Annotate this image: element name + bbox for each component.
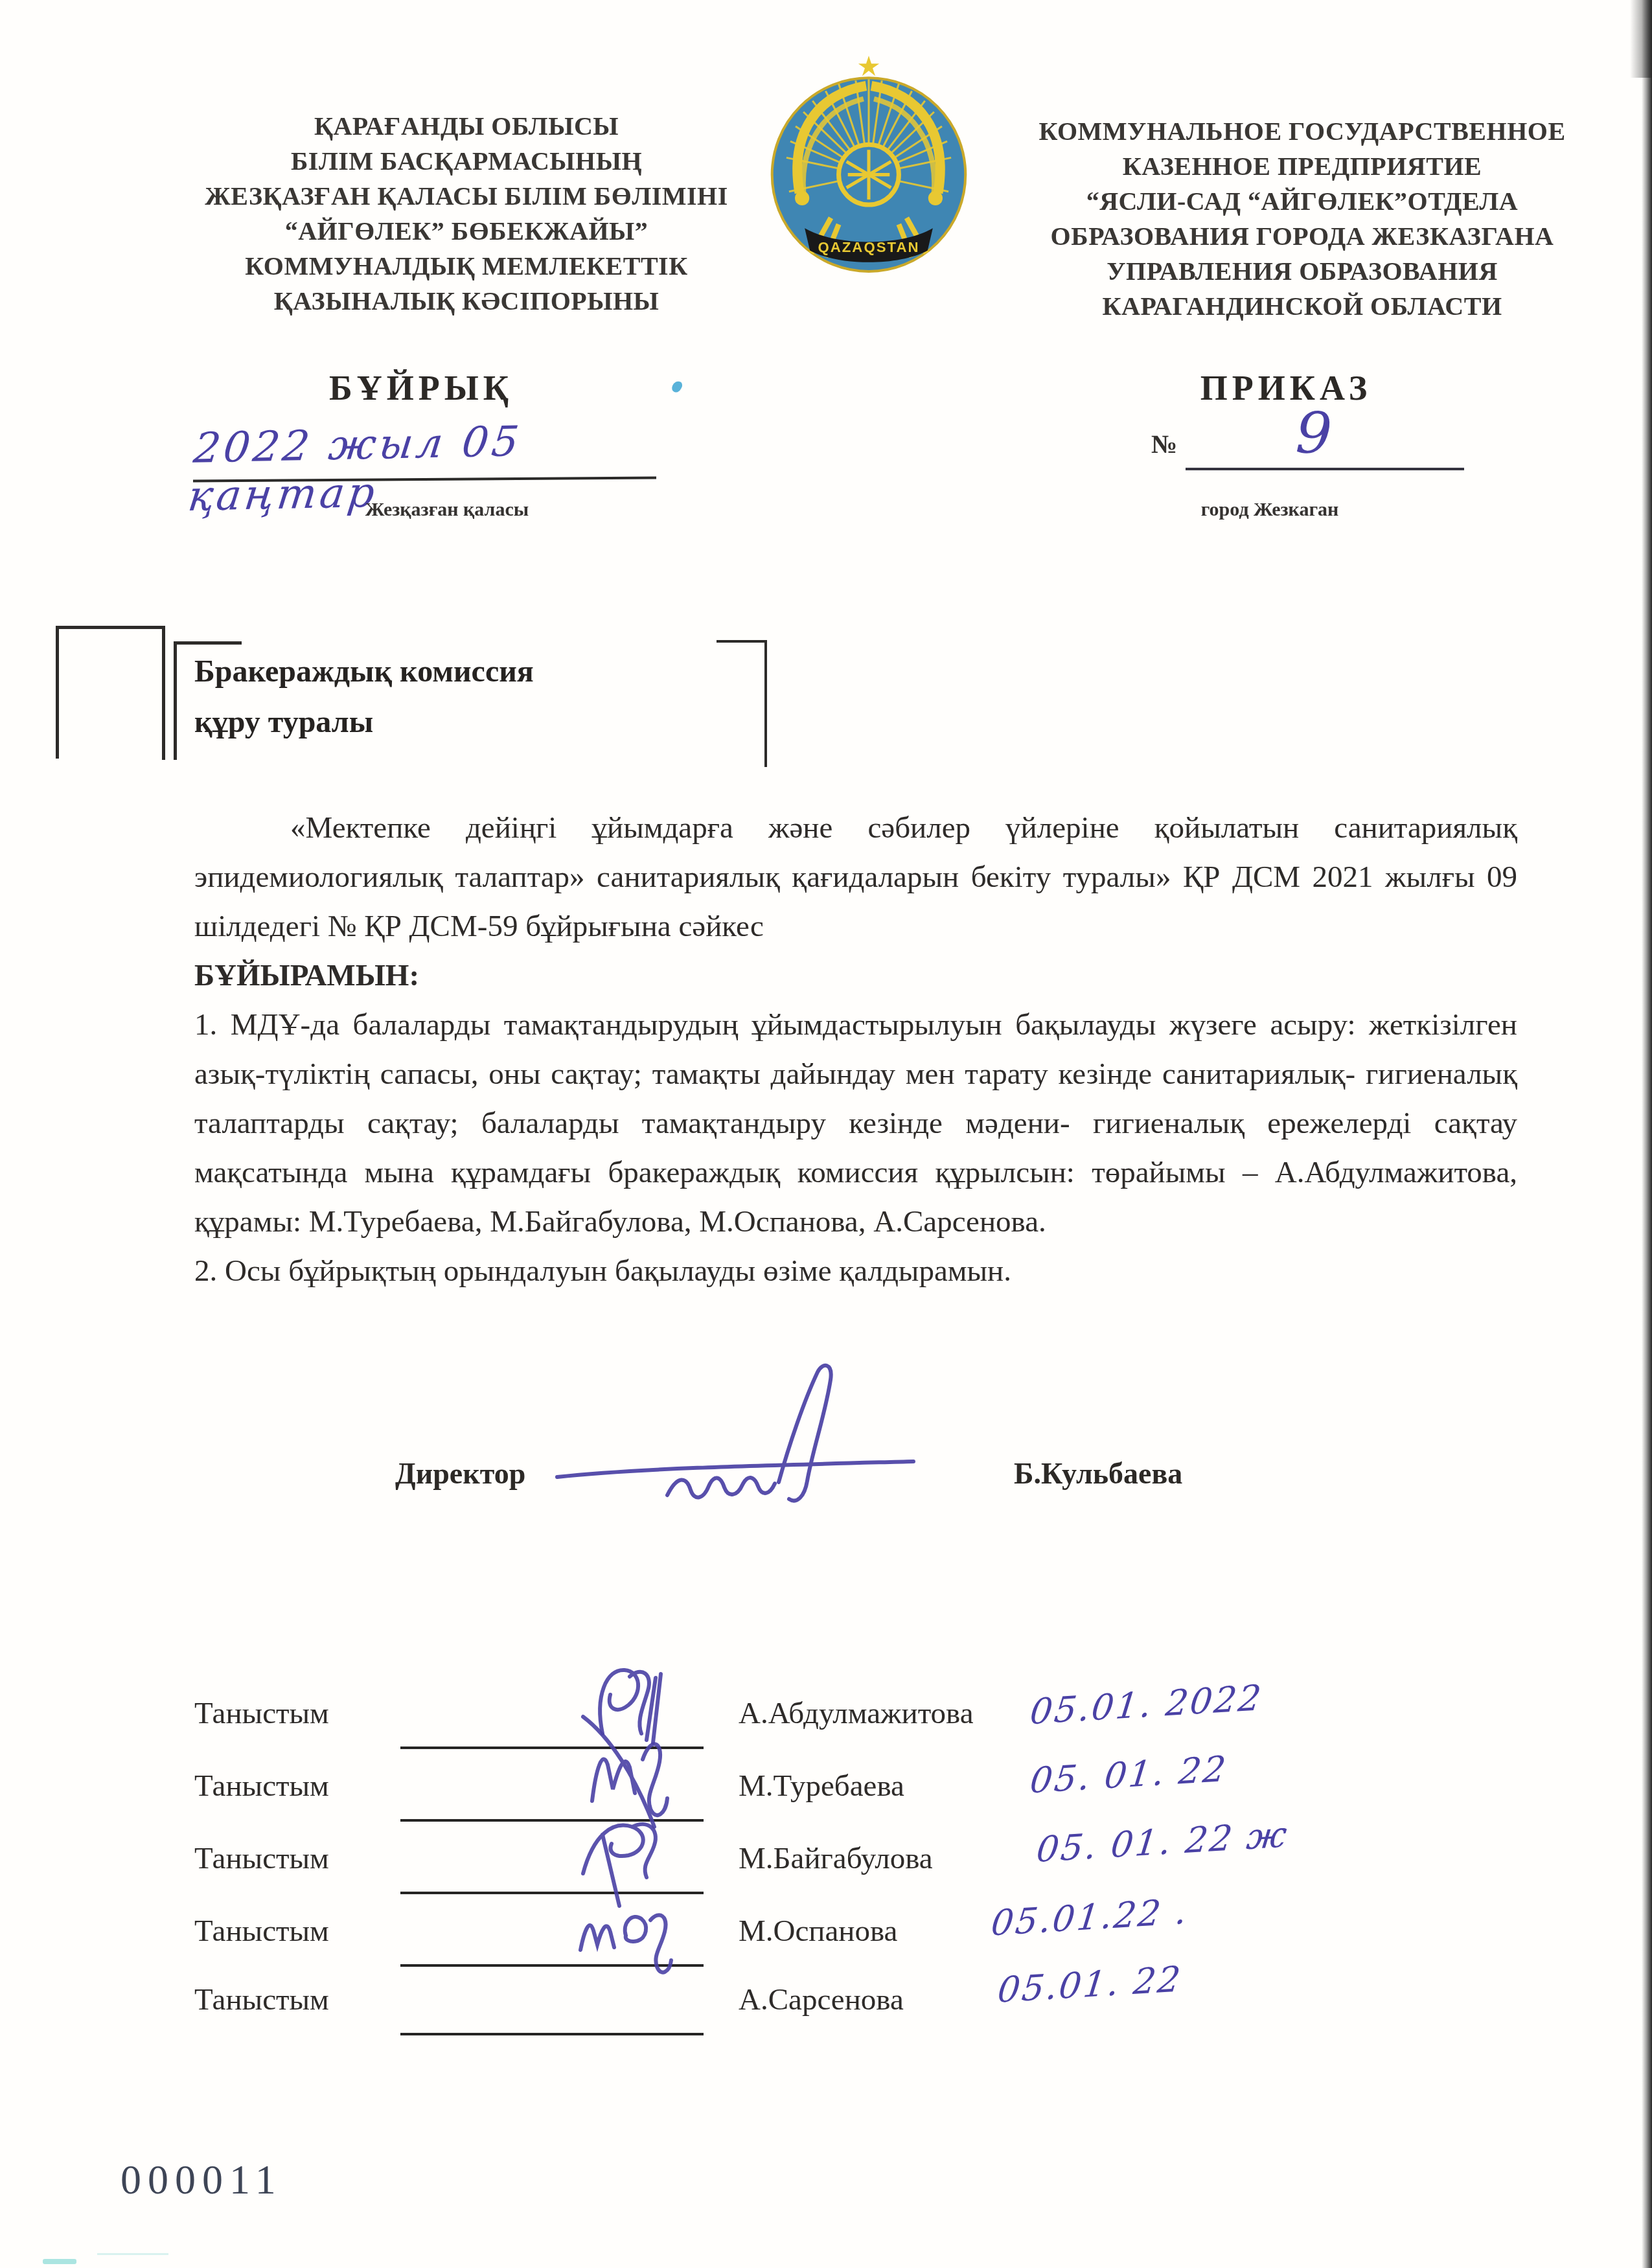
ack-name: А.Сарсенова — [739, 1982, 904, 2017]
order-number-handwritten: 9 — [1294, 404, 1333, 463]
org-name-kk-line: ҚАЗЫНАЛЫҚ КӘСІПОРЫНЫ — [165, 284, 768, 319]
emblem-star-icon — [858, 56, 879, 76]
org-name-ru: КОММУНАЛЬНОЕ ГОСУДАРСТВЕННОЕ КАЗЕННОЕ ПР… — [1001, 114, 1603, 324]
resolve-word: БҰЙЫРАМЫН: — [194, 951, 1517, 1000]
director-signature — [551, 1354, 1056, 1522]
org-name-kk-line: ҚАРАҒАНДЫ ОБЛЫСЫ — [165, 109, 768, 144]
org-name-kk-line: ЖЕЗҚАЗҒАН ҚАЛАСЫ БІЛІМ БӨЛІМІНІ — [165, 179, 768, 214]
ack-date: 05.01. 2022 — [1028, 1677, 1265, 1732]
org-name-kk: ҚАРАҒАНДЫ ОБЛЫСЫ БІЛІМ БАСҚАРМАСЫНЫҢ ЖЕЗ… — [165, 109, 768, 319]
ack-name: М.Туребаева — [739, 1769, 904, 1804]
kazakhstan-emblem-icon: QAZAQSTAN — [770, 53, 968, 279]
order-number-label: № — [1151, 429, 1177, 459]
scan-speck — [97, 2253, 168, 2255]
director-name: Б.Кульбаева — [1014, 1456, 1182, 1491]
order-item-1: 1. МДҰ-да балаларды тамақтандырудың ұйым… — [194, 1000, 1517, 1246]
ack-label: Таныстым — [194, 1841, 329, 1876]
corner-mark — [97, 626, 165, 760]
director-label: Директор — [395, 1456, 525, 1491]
order-body: «Мектепке дейіңгі ұйымдарға және сәбилер… — [194, 803, 1517, 1296]
scanned-order-page: ҚАРАҒАНДЫ ОБЛЫСЫ БІЛІМ БАСҚАРМАСЫНЫҢ ЖЕЗ… — [0, 0, 1652, 2268]
scan-speck — [43, 2259, 76, 2264]
ack-name: А.Абдулмажитова — [739, 1696, 974, 1731]
order-number-underline — [1186, 468, 1464, 470]
ink-speck — [671, 380, 683, 394]
ack-name: М.Байгабулова — [739, 1841, 933, 1876]
org-name-kk-line: “АЙГӨЛЕК” БӨБЕКЖАЙЫ” — [165, 214, 768, 249]
org-name-ru-line: ОБРАЗОВАНИЯ ГОРОДА ЖЕЗКАЗГАНА — [1001, 219, 1603, 254]
ack-label: Таныстым — [194, 1982, 329, 2017]
order-item-2: 2. Осы бұйрықтың орындалуын бақылауды өз… — [194, 1246, 1517, 1296]
ack-underline — [400, 2033, 704, 2035]
org-name-ru-line: КАЗЕННОЕ ПРЕДПРИЯТИЕ — [1001, 149, 1603, 184]
org-name-ru-line: КАРАГАНДИНСКОЙ ОБЛАСТИ — [1001, 289, 1603, 324]
scan-edge-shadow — [1642, 0, 1652, 2268]
org-name-kk-line: БІЛІМ БАСҚАРМАСЫНЫҢ — [165, 144, 768, 179]
ack-row: Таныстым М.Оспанова 05.01.22 . — [194, 1914, 1555, 1978]
order-title-kk: БҰЙРЫҚ — [194, 368, 648, 408]
ack-row: Таныстым А.Сарсенова 05.01. 22 — [194, 1982, 1555, 2047]
ack-label: Таныстым — [194, 1914, 329, 1949]
ack-name: М.Оспанова — [739, 1914, 897, 1949]
ack-label: Таныстым — [194, 1696, 329, 1731]
page-number: 000011 — [120, 2156, 282, 2204]
city-kk: Жезқазған қаласы — [363, 499, 531, 521]
ack-signature — [389, 1868, 661, 1991]
emblem-banner-text: QAZAQSTAN — [818, 239, 919, 255]
org-name-ru-line: КОММУНАЛЬНОЕ ГОСУДАРСТВЕННОЕ — [1001, 114, 1603, 149]
org-name-kk-line: КОММУНАЛДЫҚ МЕМЛЕКЕТТІК — [165, 249, 768, 284]
scan-edge-shadow-top — [1630, 0, 1652, 78]
subject-heading: Бракераждық комиссия құру туралы — [194, 647, 907, 748]
ack-label: Таныстым — [194, 1769, 329, 1804]
order-title-ru: ПРИКАЗ — [1105, 368, 1467, 408]
body-paragraph-intro: «Мектепке дейіңгі ұйымдарға және сәбилер… — [194, 803, 1517, 951]
subject-line-2: құру туралы — [194, 697, 907, 748]
org-name-ru-line: “ЯСЛИ-САД “АЙГӨЛЕК”ОТДЕЛА — [1001, 184, 1603, 219]
org-name-ru-line: УПРАВЛЕНИЯ ОБРАЗОВАНИЯ — [1001, 254, 1603, 289]
city-ru: город Жезкаган — [1166, 499, 1373, 521]
subject-line-1: Бракераждық комиссия — [194, 647, 907, 697]
